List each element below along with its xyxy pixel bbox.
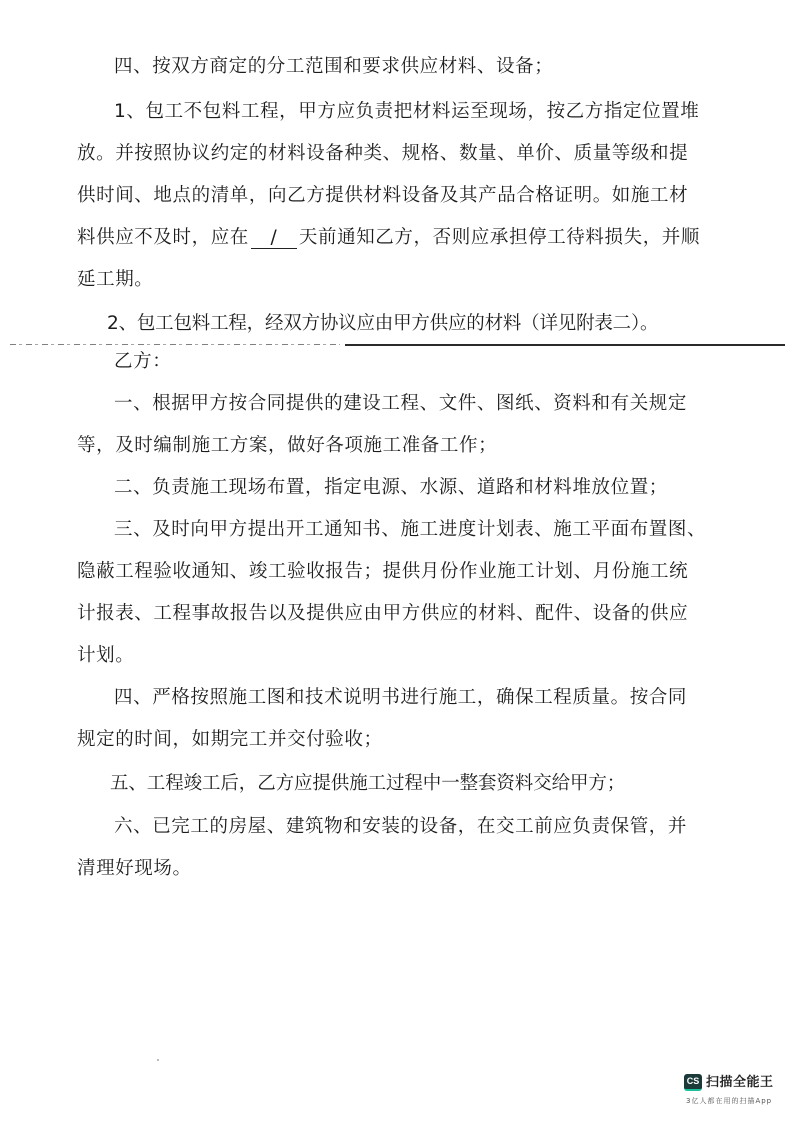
party-b-item6-line2: 清理好现场。 [77, 857, 192, 881]
scanned-document-page: 四、按双方商定的分工范围和要求供应材料、设备； 1、包工不包料工程，甲方应负责把… [0, 0, 793, 1122]
line4-text-before: 料供应不及时，应在 [77, 227, 249, 248]
party-b-item3-line3: 计报表、工程事故报告以及提供应由甲方供应的材料、配件、设备的供应 [77, 602, 688, 626]
party-a-item4-1-line2: 放。并按照协议约定的材料设备种类、规格、数量、单价、质量等级和提 [77, 142, 688, 166]
party-a-item4-heading: 四、按双方商定的分工范围和要求供应材料、设备； [114, 55, 553, 79]
party-b-item6-line1: 六、已完工的房屋、建筑物和安装的设备，在交工前应负责保管，并 [114, 815, 687, 839]
party-b-item1-line1: 一、根据甲方按合同提供的建设工程、文件、图纸、资料和有关规定 [114, 392, 687, 416]
camscanner-tagline: 3亿人都在用的扫描App [686, 1096, 772, 1106]
party-b-item3-line1: 三、及时向甲方提出开工通知书、施工进度计划表、施工平面布置图、 [114, 518, 706, 542]
party-a-item4-1-line4: 料供应不及时，应在/天前通知乙方，否则应承担停工待料损失，并顺 [77, 226, 700, 250]
scan-artifact-line [10, 344, 340, 345]
party-b-item4-line2: 规定的时间，如期完工并交付验收； [77, 728, 383, 752]
party-a-item4-1-line3: 供时间、地点的清单，向乙方提供材料设备及其产品合格证明。如施工材 [77, 184, 688, 208]
party-b-item3-line4: 计划。 [77, 644, 134, 668]
party-b-item1-line2: 等，及时编制施工方案，做好各项施工准备工作； [77, 434, 497, 458]
section-divider-line [345, 344, 785, 346]
party-b-item2-line1: 二、负责施工现场布置，指定电源、水源、道路和材料堆放位置； [114, 476, 668, 500]
party-b-item3-line2: 隐蔽工程验收通知、竣工验收报告；提供月份作业施工计划、月份施工统 [77, 560, 688, 584]
line4-text-after: 天前通知乙方，否则应承担停工待料损失，并顺 [299, 227, 700, 248]
scan-speck [157, 1059, 159, 1061]
party-b-heading: 乙方： [114, 350, 171, 374]
camscanner-logo-icon: CS [684, 1074, 702, 1091]
party-a-item4-2: 2、包工包料工程，经双方协议应由甲方供应的材料（详见附表二）。 [107, 312, 658, 336]
camscanner-watermark: CS 扫描全能王 3亿人都在用的扫描App [684, 1074, 784, 1114]
party-b-item4-line1: 四、严格按照施工图和技术说明书进行施工，确保工程质量。按合同 [114, 686, 687, 710]
party-b-item5-line1: 五、工程竣工后，乙方应提供施工过程中一整套资料交给甲方； [110, 772, 625, 796]
days-notice-blank: / [251, 228, 297, 249]
party-a-item4-1-line1: 1、包工不包料工程，甲方应负责把材料运至现场，按乙方指定位置堆 [114, 100, 699, 124]
party-a-item4-1-line5: 延工期。 [77, 268, 153, 292]
camscanner-app-name: 扫描全能王 [706, 1074, 774, 1091]
